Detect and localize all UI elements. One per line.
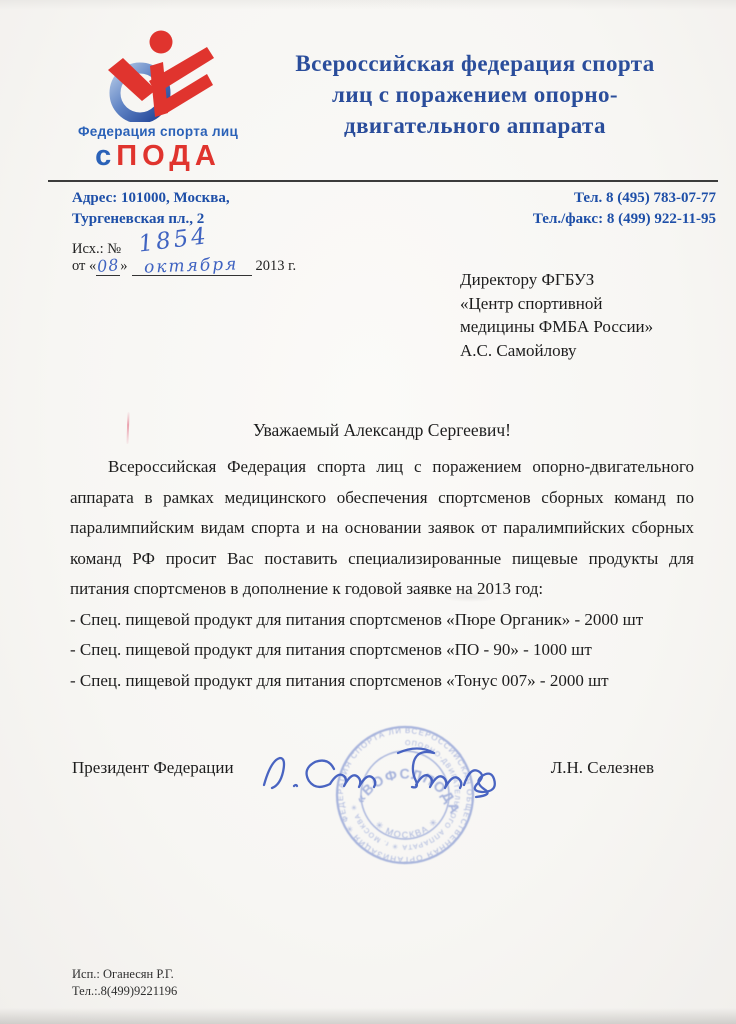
- signer-position: Президент Федерации: [72, 758, 234, 778]
- executor-name: Исп.: Оганесян Р.Г.: [72, 966, 177, 983]
- federation-logo: Федерация спорта лиц сПОДА: [70, 26, 246, 173]
- product-item-1: - Спец. пищевой продукт для питания спор…: [70, 605, 694, 636]
- body-paragraph: Всероссийская Федерация спорта лиц с пор…: [70, 452, 694, 605]
- header-divider: [48, 180, 718, 182]
- signer-name: Л.Н. Селезнев: [551, 758, 654, 778]
- recipient-line-1: Директору ФГБУЗ: [460, 268, 653, 292]
- letter-body: Всероссийская Федерация спорта лиц с пор…: [70, 452, 694, 696]
- date-year: 2013 г.: [256, 258, 297, 274]
- date-prefix: от «: [72, 258, 96, 274]
- logo-caption: Федерация спорта лиц: [70, 124, 246, 139]
- outgoing-number-line: Исх.: № 1854: [72, 233, 296, 255]
- logo-acronym-red: ПОДА: [116, 140, 221, 172]
- phone-block: Тел. 8 (495) 783-07-77 Тел./факс: 8 (499…: [533, 188, 716, 230]
- letterhead-title: Всероссийская федерация спорта лиц с пор…: [228, 48, 722, 141]
- date-day-handwritten: 08: [96, 255, 120, 276]
- recipient-line-3: медицины ФМБА России»: [460, 315, 653, 339]
- logo-head: [150, 31, 173, 54]
- salutation: Уважаемый Александр Сергеевич!: [70, 420, 694, 441]
- recipient-line-2: «Центр спортивной: [460, 292, 653, 316]
- recipient-line-4: А.С. Самойлову: [460, 339, 653, 363]
- phone-line-1: Тел. 8 (495) 783-07-77: [533, 188, 716, 209]
- title-line-1: Всероссийская федерация спорта: [228, 48, 722, 79]
- executor-footer: Исп.: Оганесян Р.Г. Тел.:.8(499)9221196: [72, 966, 177, 1000]
- title-line-2: лиц с поражением опорно-: [228, 79, 722, 110]
- recipient-block: Директору ФГБУЗ «Центр спортивной медици…: [460, 268, 653, 362]
- scanned-letter-page: Федерация спорта лиц сПОДА Всероссийская…: [0, 0, 736, 1024]
- logo-acronym-blue: с: [95, 140, 116, 172]
- product-item-3: - Спец. пищевой продукт для питания спор…: [70, 666, 694, 697]
- reference-block: Исх.: № 1854 от «08»октября2013 г.: [72, 233, 296, 277]
- federation-logo-mark: [97, 26, 219, 122]
- product-item-2: - Спец. пищевой продукт для питания спор…: [70, 635, 694, 666]
- date-month-handwritten: октября: [144, 254, 239, 277]
- date-quote-close: »: [120, 258, 127, 274]
- logo-acronym: сПОДА: [70, 140, 246, 173]
- scan-artifact-smudge: [440, 592, 500, 602]
- date-line: от «08»октября2013 г.: [72, 255, 296, 277]
- signature-row: Президент Федерации Л.Н. Селезнев: [72, 758, 654, 778]
- phone-line-2: Тел./факс: 8 (499) 922-11-95: [533, 209, 716, 230]
- executor-phone: Тел.:.8(499)9221196: [72, 983, 177, 1000]
- title-line-3: двигательного аппарата: [228, 110, 722, 141]
- address-line-1: Адрес: 101000, Москва,: [72, 188, 230, 209]
